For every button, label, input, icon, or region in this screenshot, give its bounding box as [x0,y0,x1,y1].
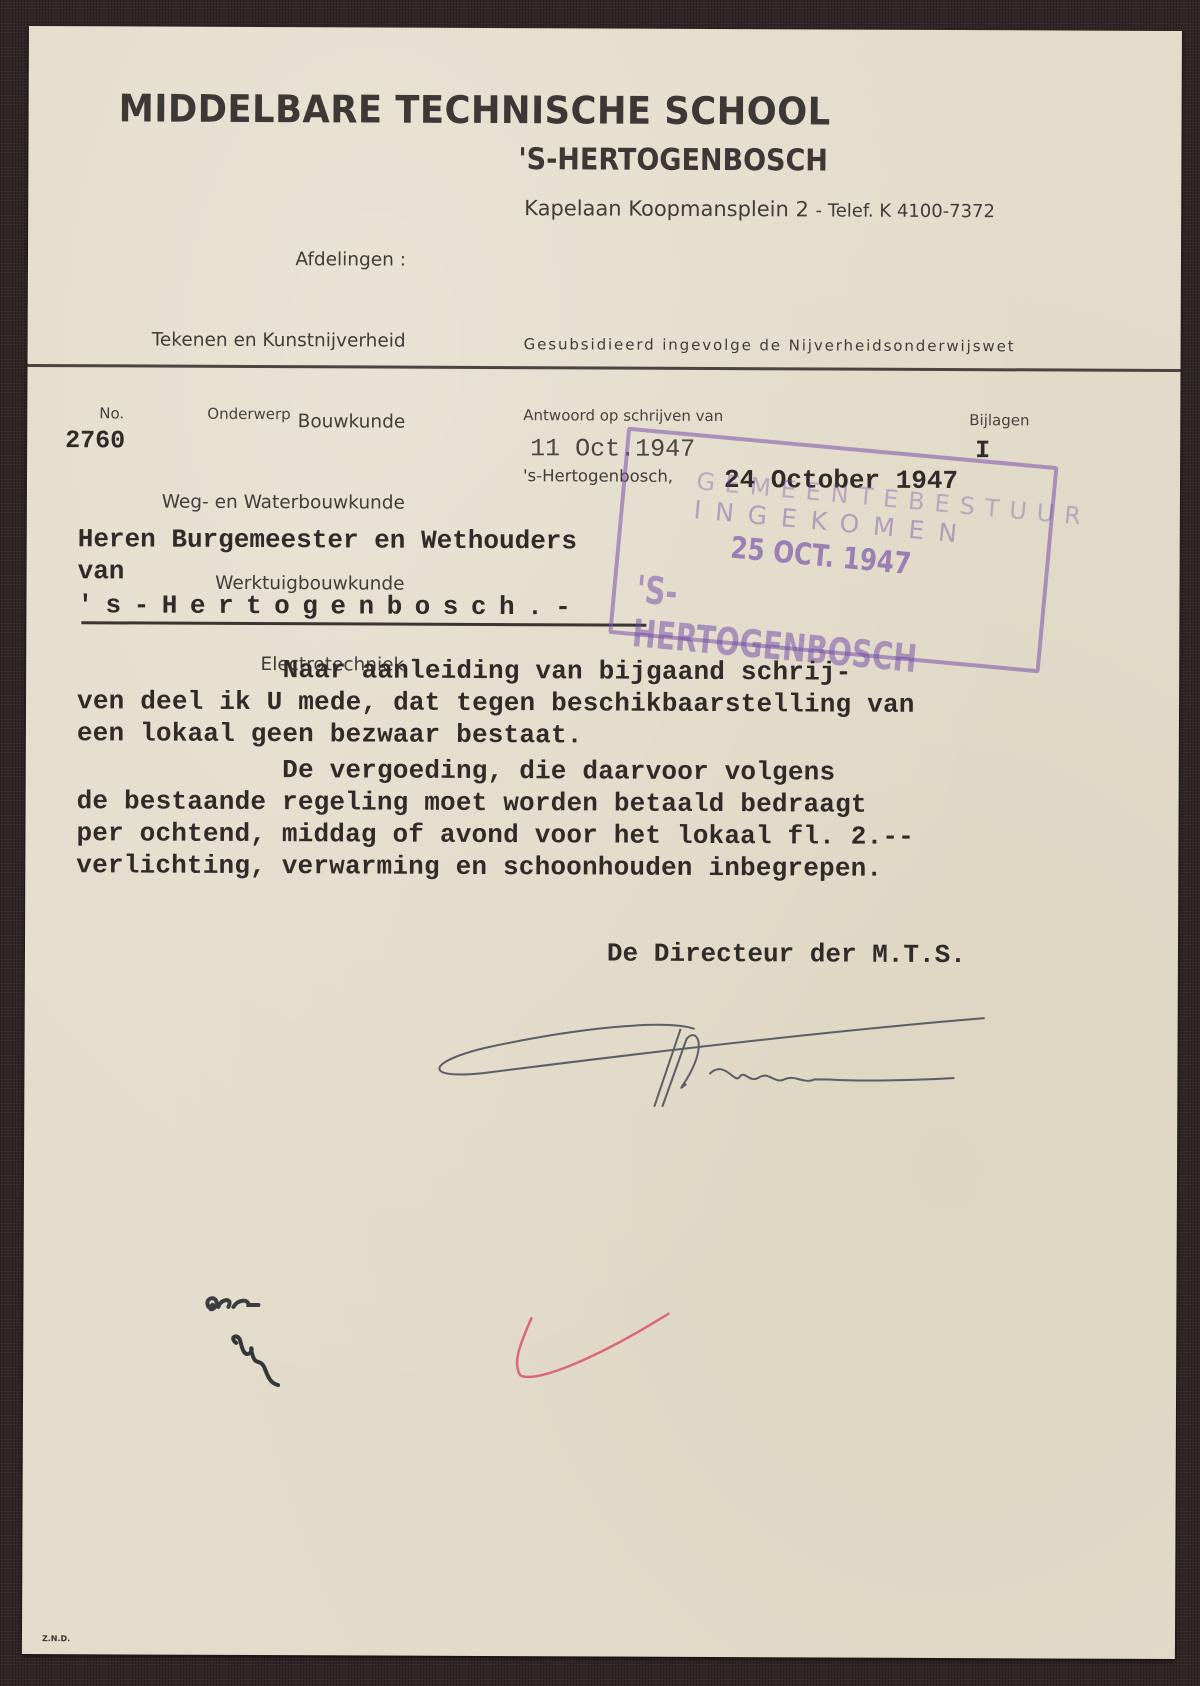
body-line: Naar aanleiding van bijgaand schrij- [77,654,851,687]
received-stamp: GEMEENTEBESTUUR INGEKOMEN 25 OCT. 1947 '… [608,427,1058,674]
reference-number: 2760 [65,426,125,455]
check-mark-icon [517,1313,668,1377]
addressee-line-1: Heren Burgemeester en Wethouders [78,524,577,556]
letter-paper: MIDDELBARE TECHNISCHE SCHOOL 'S-HERTOGEN… [22,26,1182,1659]
body-line: verlichting, verwarming en schoonhouden … [76,850,882,884]
school-name: MIDDELBARE TECHNISCHE SCHOOL [119,86,831,133]
attachments-label: Bijlagen [969,411,1029,429]
department-item: Weg- en Waterbouwkunde [151,489,405,517]
body-line: de bestaande regeling moet worden betaal… [77,786,867,819]
phone-number: - Telef. K 4100-7372 [816,200,996,222]
departments-label: Afdelingen : [152,246,406,274]
department-item: Tekenen en Kunstnijverheid [152,327,406,355]
body-line: De vergoeding, die daarvoor volgens [77,754,836,787]
addressee-line-2: van [78,556,125,586]
subject-label: Onderwerp [207,405,290,423]
closing-title: De Directeur der M.T.S. [607,939,966,971]
street-address: Kapelaan Koopmansplein 2 [524,196,809,221]
school-address: Kapelaan Koopmansplein 2 - Telef. K 4100… [524,196,995,222]
signature-icon [424,988,1025,1111]
no-label: No. [99,404,124,422]
body-line: ven deel ik U mede, dat tegen beschikbaa… [77,686,915,720]
printer-mark: Z.N.D. [42,1634,70,1643]
addressee-city: 's-Hertogenbosch.- [77,590,583,622]
departments-list: Afdelingen : Tekenen en Kunstnijverheid … [150,192,406,733]
school-city: 'S-HERTOGENBOSCH [518,142,828,178]
handwritten-annotations [198,1277,699,1419]
subsidy-note: Gesubsidieerd ingevolge de Nijverheidson… [524,335,1016,355]
body-line: per ochtend, middag of avond voor het lo… [76,818,914,852]
body-line: een lokaal geen bezwaar bestaat. [77,718,583,750]
reply-to-label: Antwoord op schrijven van [523,406,723,425]
